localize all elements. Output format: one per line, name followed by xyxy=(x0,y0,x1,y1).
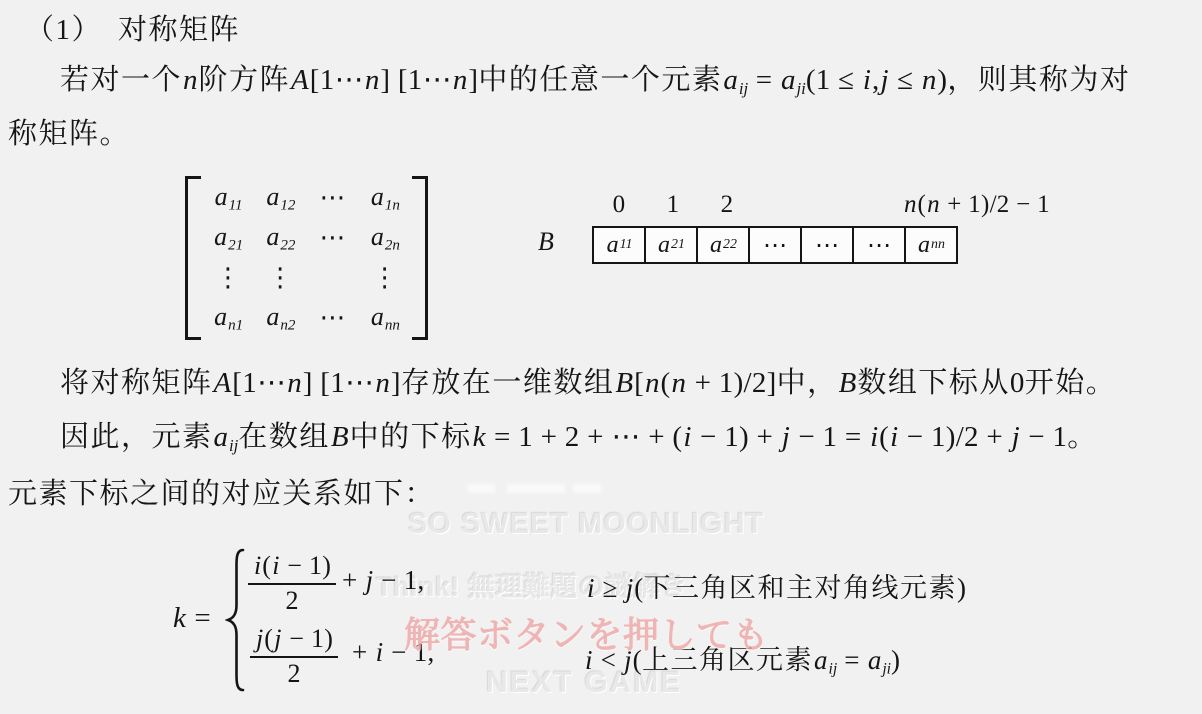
array-b-cell-4: ⋯ xyxy=(800,226,854,264)
case-1-expression: + j − 1, xyxy=(342,565,425,596)
array-b-cell-2: a22 xyxy=(696,226,750,264)
matrix-cell-r4c2: an2 xyxy=(265,302,295,335)
case-2-fraction: j(j − 1) 2 xyxy=(250,622,338,689)
watermark-answer-button: 解答ボタンを押しても xyxy=(404,607,769,658)
array-b-index-0: 0 xyxy=(592,191,646,219)
matrix-cell-r3c1: ⋮ xyxy=(215,263,241,293)
correspondence-intro-paragraph: 元素下标之间的对应关系如下： xyxy=(8,476,435,512)
matrix-cell-r4c3: ⋯ xyxy=(319,303,345,333)
case-1-numerator: i(i − 1) xyxy=(248,549,336,585)
case-1-denominator: 2 xyxy=(248,585,336,616)
index-derivation-paragraph: 因此，元素aij在数组B中的下标k = 1 + 2 + ⋯ + (i − 1) … xyxy=(60,419,1098,456)
definition-paragraph-line-1: 若对一个n阶方阵A[1⋯n] [1⋯n]中的任意一个元素aij = aji(1 … xyxy=(60,62,1130,99)
array-b-cells: a11 a21 a22 ⋯ ⋯ ⋯ ann xyxy=(592,226,958,264)
curly-brace-icon xyxy=(225,547,247,698)
section-heading: （1） 对称矩阵 xyxy=(25,12,240,48)
matrix-cell-r1c2: a12 xyxy=(265,182,295,215)
matrix-cell-r4c4: ann xyxy=(370,302,400,335)
case-1-fraction: i(i − 1) 2 xyxy=(248,549,336,616)
formula-lhs: k = xyxy=(172,600,211,636)
matrix-cell-r4c1: an1 xyxy=(213,302,243,335)
array-b-index-last: n(n + 1)/2 − 1 xyxy=(903,191,1050,219)
array-b-cell-6: ann xyxy=(904,226,958,264)
array-b-label: B xyxy=(537,226,555,259)
array-b-cell-3: ⋯ xyxy=(748,226,802,264)
storage-paragraph: 将对称矩阵A[1⋯n] [1⋯n]存放在一维数组B[n(n + 1)/2]中，B… xyxy=(60,365,1116,401)
faint-glare-marks xyxy=(467,484,602,493)
case-1-condition: i ≥ j(下三角区和主对角线元素) xyxy=(586,566,966,605)
array-b-cell-5: ⋯ xyxy=(852,226,906,264)
array-b-index-2: 2 xyxy=(700,191,754,219)
array-b-cell-0: a11 xyxy=(592,226,646,264)
document-page: （1） 对称矩阵 若对一个n阶方阵A[1⋯n] [1⋯n]中的任意一个元素aij… xyxy=(0,0,1202,714)
matrix-cell-r3c4: ⋮ xyxy=(372,263,398,293)
matrix-cell-r1c4: a1n xyxy=(370,182,400,215)
matrix-left-bracket xyxy=(185,176,201,340)
matrix-cell-r1c1: a11 xyxy=(214,182,243,215)
matrix-grid: a11 a12 ⋯ a1n a21 a22 ⋯ a2n ⋮ ⋮ ⋮ an1 an… xyxy=(202,178,411,338)
matrix-cell-r2c4: a2n xyxy=(370,222,400,255)
matrix-cell-r3c2: ⋮ xyxy=(267,263,293,293)
matrix-right-bracket xyxy=(412,176,428,340)
matrix-cell-r2c1: a21 xyxy=(213,222,243,255)
matrix-cell-r2c2: a22 xyxy=(265,222,295,255)
matrix-a: a11 a12 ⋯ a1n a21 a22 ⋯ a2n ⋮ ⋮ ⋮ an1 an… xyxy=(185,176,428,340)
watermark-moonlight: SO SWEET MOONLIGHT xyxy=(408,508,764,541)
array-b-cell-1: a21 xyxy=(644,226,698,264)
definition-paragraph-line-2: 称矩阵。 xyxy=(8,116,130,152)
array-b-index-1: 1 xyxy=(646,191,700,219)
case-2-numerator: j(j − 1) xyxy=(250,622,338,658)
matrix-cell-r2c3: ⋯ xyxy=(319,223,345,253)
case-2-denominator: 2 xyxy=(250,658,338,689)
matrix-cell-r1c3: ⋯ xyxy=(319,183,345,213)
